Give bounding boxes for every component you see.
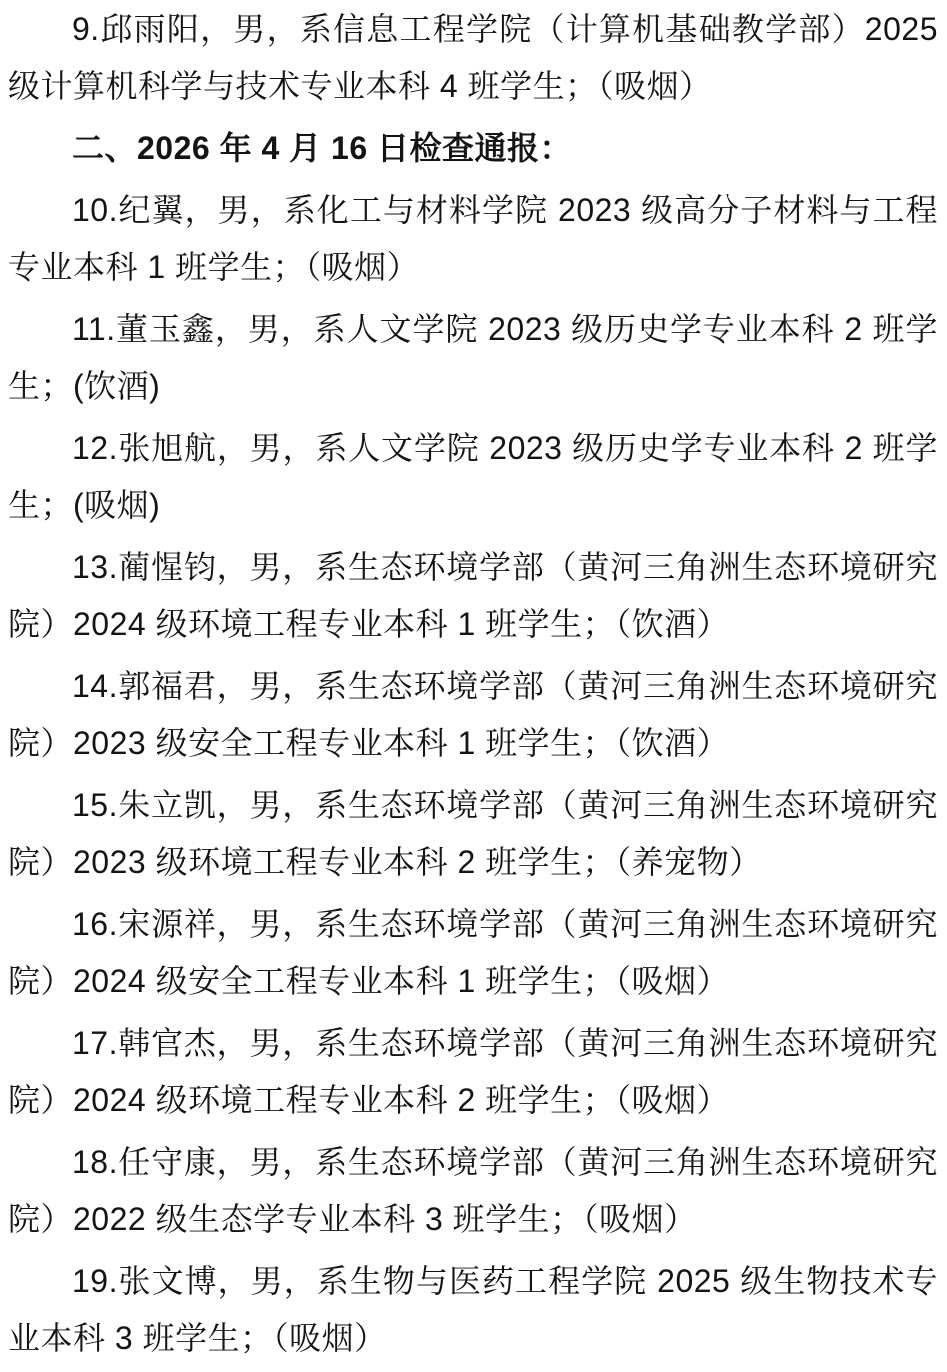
report-entry: 16.宋源祥，男，系生态环境学部（黄河三角洲生态环境研究院）2024 级安全工程… (8, 896, 938, 1010)
report-entry: 10.纪翼，男，系化工与材料学院 2023 级高分子材料与工程专业本科 1 班学… (8, 182, 938, 296)
report-entry: 12.张旭航，男，系人文学院 2023 级历史学专业本科 2 班学生；(吸烟) (8, 420, 938, 534)
report-entry: 18.任守康，男，系生态环境学部（黄河三角洲生态环境研究院）2022 级生态学专… (8, 1134, 938, 1248)
document-page: 9.邱雨阳，男，系信息工程学院（计算机基础教学部）2025 级计算机科学与技术专… (0, 0, 947, 1372)
report-entry: 15.朱立凯，男，系生态环境学部（黄河三角洲生态环境研究院）2023 级环境工程… (8, 777, 938, 891)
report-entry: 9.邱雨阳，男，系信息工程学院（计算机基础教学部）2025 级计算机科学与技术专… (8, 1, 938, 115)
report-entry: 19.张文博，男，系生物与医药工程学院 2025 级生物技术专业本科 3 班学生… (8, 1253, 938, 1367)
report-entry: 11.董玉鑫，男，系人文学院 2023 级历史学专业本科 2 班学生；(饮酒) (8, 301, 938, 415)
report-entry: 14.郭福君，男，系生态环境学部（黄河三角洲生态环境研究院）2023 级安全工程… (8, 658, 938, 772)
report-entry: 17.韩官杰，男，系生态环境学部（黄河三角洲生态环境研究院）2024 级环境工程… (8, 1015, 938, 1129)
section-heading: 二、2026 年 4 月 16 日检查通报： (8, 120, 938, 177)
report-entry: 13.蔺惺钧，男，系生态环境学部（黄河三角洲生态环境研究院）2024 级环境工程… (8, 539, 938, 653)
